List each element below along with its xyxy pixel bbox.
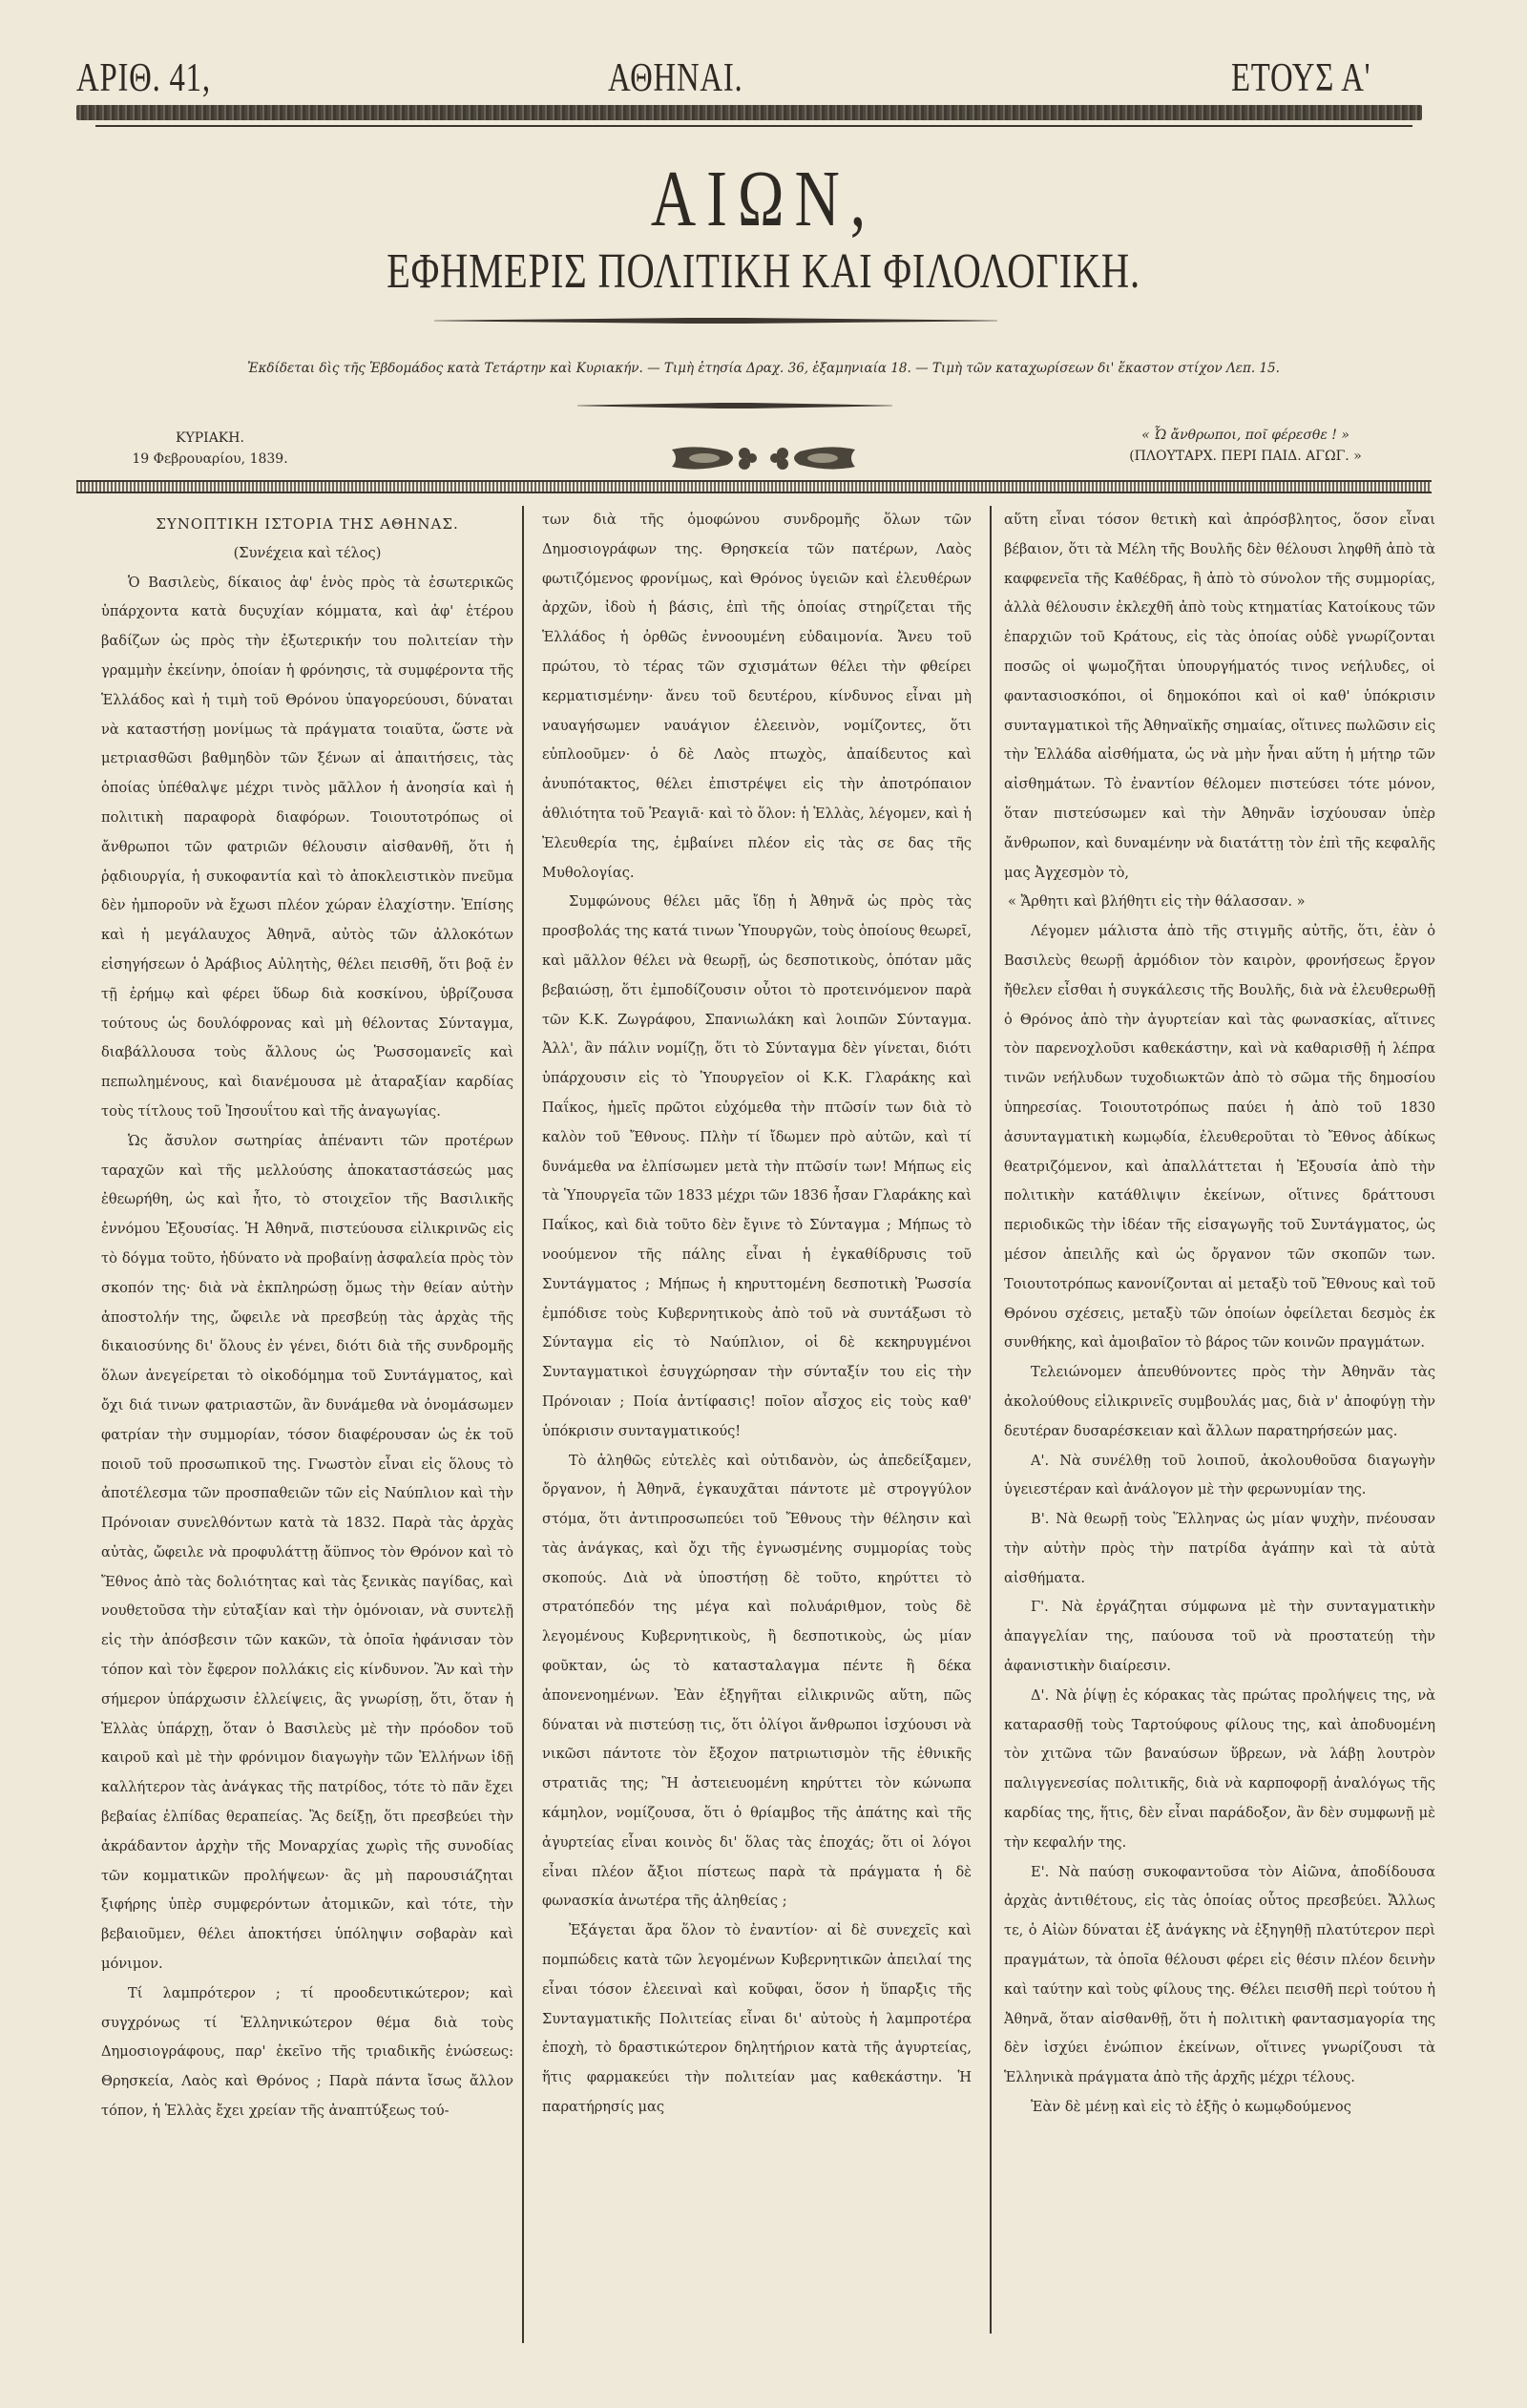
city: ΑΘΗΝΑΙ.: [608, 55, 743, 101]
paragraph: Συμφώνους θέλει μᾶς ἴδῃ ἡ Ἀθηνᾶ ὡς πρὸς …: [542, 888, 972, 1446]
column-3: αὕτη εἶναι τόσον θετικὴ καὶ ἀπρόσβλητος,…: [1004, 506, 1435, 2123]
issue-date: 19 Φεβρουαρίου, 1839.: [115, 449, 305, 470]
publication-info: Ἐκδίδεται δὶς τῆς Ἑβδομάδος κατὰ Τετάρτη…: [0, 361, 1527, 376]
paragraph: Τὸ ἀληθῶς εὐτελὲς καὶ οὐτιδανὸν, ὡς ἀπεδ…: [542, 1447, 972, 1917]
paragraph: Τί λαμπρότερον ; τί προοδευτικώτερον; κα…: [101, 1979, 513, 2126]
newspaper-subtitle: ΕΦΗΜΕΡΙΣ ΠΟΛΙΤΙΚΗ ΚΑΙ ΦΙΛΟΛΟΓΙΚΗ.: [168, 243, 1359, 300]
column-1: ΣΥΝΟΠΤΙΚΗ ΙΣΤΟΡΙΑ ΤΗΣ ΑΘΗΝΑΣ. (Συνέχεια …: [101, 506, 513, 2126]
masthead-thick-rule: [76, 105, 1422, 120]
quotation: « Ἄρθητι καὶ βλήθητι εἰς τὴν θάλασσαν. »: [1004, 888, 1435, 917]
fleuron-ornament-icon: [668, 442, 859, 474]
year-label: ΕΤΟΥΣ Α': [1231, 55, 1370, 101]
masthead-thin-rule: [95, 125, 1412, 127]
column-divider: [522, 506, 524, 2343]
dateline: ΚΥΡΙΑΚΗ. 19 Φεβρουαρίου, 1839.: [115, 428, 305, 470]
paragraph: Τελειώνομεν ἀπευθύνοντες πρὸς τὴν Ἀθηνᾶν…: [1004, 1358, 1435, 1446]
newspaper-title: ΑΙΩΝ,: [168, 153, 1359, 245]
weekday: ΚΥΡΙΑΚΗ.: [115, 428, 305, 449]
paragraph: Ὡς ἄσυλον σωτηρίας ἀπέναντι τῶν προτέρων…: [101, 1127, 513, 1979]
newspaper-page: ΑΡΙΘ. 41, ΑΘΗΝΑΙ. ΕΤΟΥΣ Α' ΑΙΩΝ, ΕΦΗΜΕΡΙ…: [0, 0, 1527, 2408]
paragraph: Ἐξάγεται ἄρα ὅλον τὸ ἐναντίον· αἱ δὲ συν…: [542, 1916, 972, 2123]
article-subtitle: (Συνέχεια καὶ τέλος): [101, 539, 513, 569]
column-divider: [990, 506, 992, 2334]
paragraph: των διὰ τῆς ὁμοφώνου συνδρομῆς ὅλων τῶν …: [542, 506, 972, 888]
paragraph: Ἐὰν δὲ μένῃ καὶ εἰς τὸ ἑξῆς ὁ κωμῳδούμεν…: [1004, 2093, 1435, 2123]
paragraph: αὕτη εἶναι τόσον θετικὴ καὶ ἀπρόσβλητος,…: [1004, 506, 1435, 888]
column-2: των διὰ τῆς ὁμοφώνου συνδρομῆς ὅλων τῶν …: [542, 506, 972, 2123]
motto: « Ὦ ἄνθρωποι, ποῖ φέρεσθε ! » (ΠΛΟΥΤΑΡΧ.…: [1088, 425, 1403, 467]
motto-quote: « Ὦ ἄνθρωποι, ποῖ φέρεσθε ! »: [1088, 425, 1403, 446]
list-item: Γ'. Νὰ ἐργάζηται σύμφωνα μὲ τὴν συνταγμα…: [1004, 1593, 1435, 1681]
swell-rule-upper: [434, 318, 997, 324]
paragraph: Λέγομεν μάλιστα ἀπὸ τῆς στιγμῆς αὐτῆς, ὅ…: [1004, 917, 1435, 1358]
list-item: Α'. Νὰ συνέλθῃ τοῦ λοιποῦ, ἀκολουθοῦσα δ…: [1004, 1447, 1435, 1506]
masthead-top-line: ΑΡΙΘ. 41, ΑΘΗΝΑΙ. ΕΤΟΥΣ Α': [76, 55, 1436, 105]
issue-number: ΑΡΙΘ. 41,: [76, 55, 211, 101]
list-item: Δ'. Νὰ ῥίψῃ ἐς κόρακας τὰς πρώτας προλήψ…: [1004, 1682, 1435, 1858]
header-double-rule: [76, 480, 1432, 493]
list-item: Β'. Νὰ θεωρῇ τοὺς Ἕλληνας ὡς μίαν ψυχὴν,…: [1004, 1505, 1435, 1593]
swell-rule-lower: [577, 403, 892, 408]
motto-source: (ΠΛΟΥΤΑΡΧ. ΠΕΡΙ ΠΑΙΔ. ΑΓΩΓ. »: [1088, 446, 1403, 467]
paragraph: Ὁ Βασιλεὺς, δίκαιος ἀφ' ἑνὸς πρὸς τὰ ἐσω…: [101, 569, 513, 1127]
article-title: ΣΥΝΟΠΤΙΚΗ ΙΣΤΟΡΙΑ ΤΗΣ ΑΘΗΝΑΣ.: [101, 510, 513, 539]
list-item: Ε'. Νὰ παύσῃ συκοφαντοῦσα τὸν Αἰῶνα, ἀπο…: [1004, 1858, 1435, 2093]
